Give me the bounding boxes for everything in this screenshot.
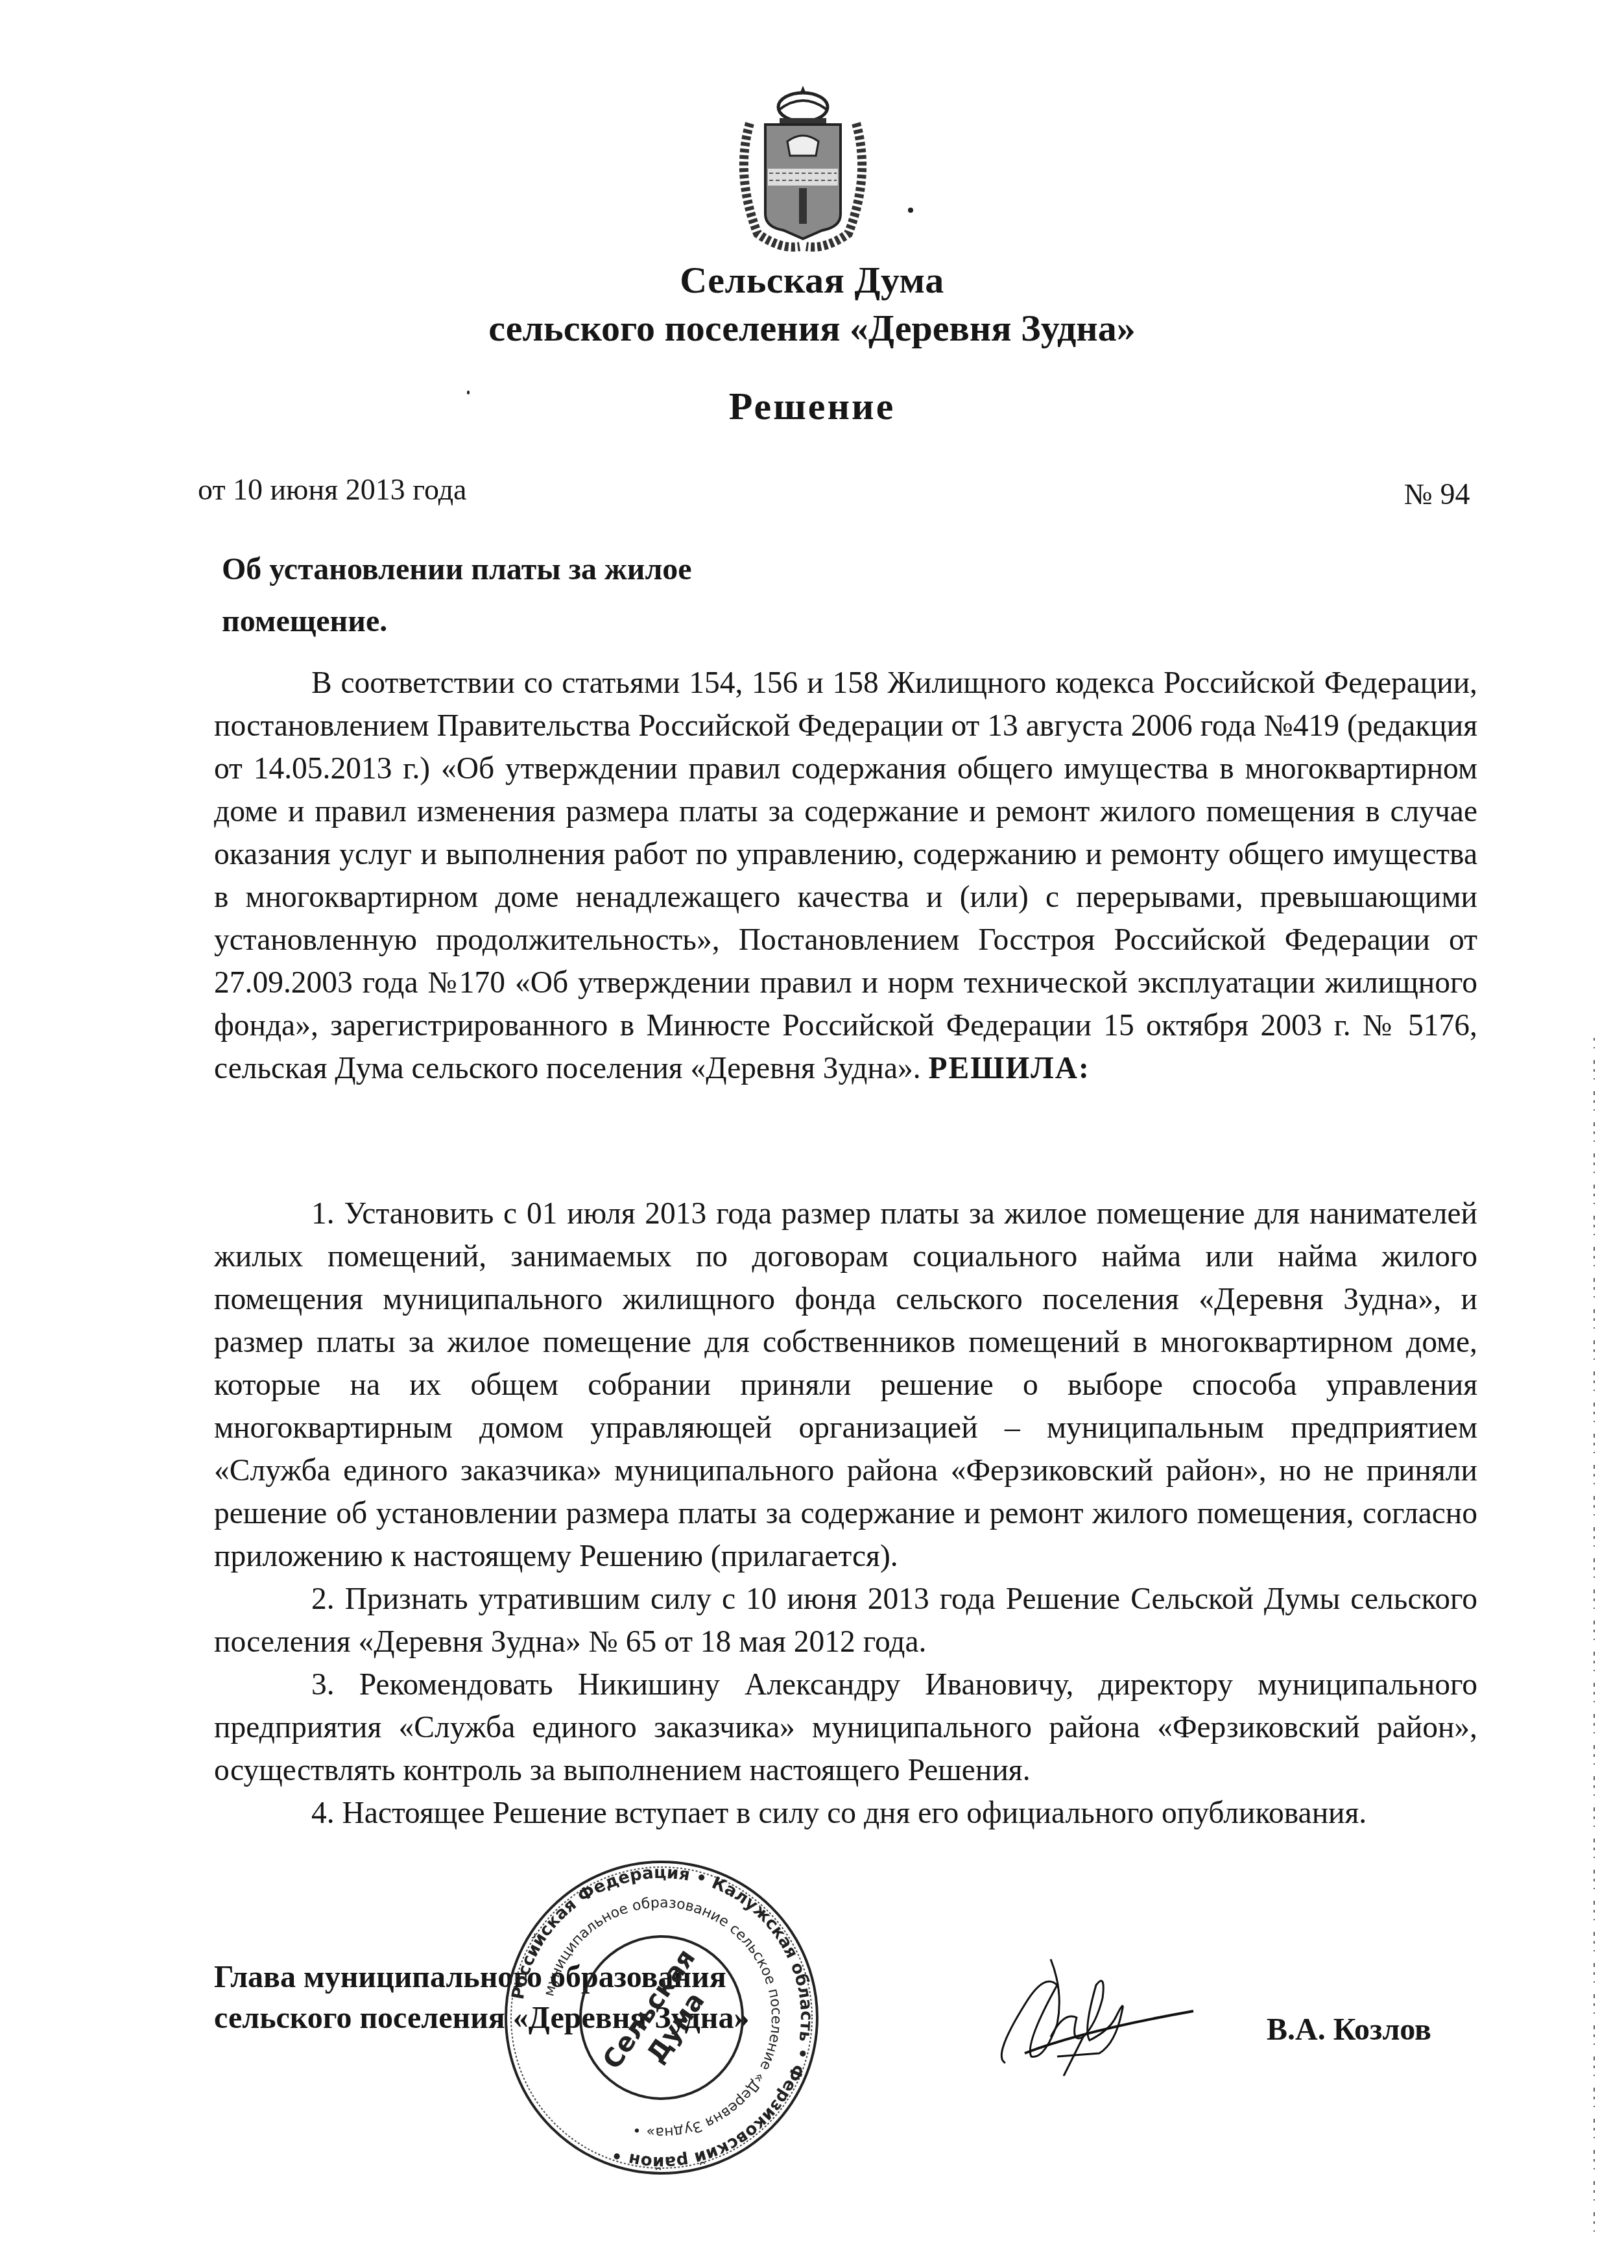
document-date: от 10 июня 2013 года <box>198 472 466 507</box>
council-subtitle: сельского поселения «Деревня Зудна» <box>0 306 1624 350</box>
subject-line-2: помещение. <box>222 596 806 647</box>
council-name: Сельская Дума <box>0 258 1624 302</box>
resolved-keyword: РЕШИЛА: <box>929 1052 1090 1085</box>
svg-text:муниципальное образование сель: муниципальное образование сельское посел… <box>541 1895 784 2140</box>
decision-items: 1. Установить с 01 июля 2013 года размер… <box>214 1192 1477 1835</box>
preamble-paragraph: В соответствии со статьями 154, 156 и 15… <box>214 662 1477 1090</box>
decision-item-1: 1. Установить с 01 июля 2013 года размер… <box>214 1192 1477 1578</box>
decision-item-3: 3. Рекомендовать Никишину Александру Ива… <box>214 1663 1477 1792</box>
scanned-document-page: Сельская Дума сельского поселения «Дерев… <box>0 0 1624 2268</box>
coat-of-arms-icon <box>732 84 874 256</box>
decision-item-2: 2. Признать утратившим силу с 10 июня 20… <box>214 1578 1477 1663</box>
scan-speck <box>908 208 913 213</box>
decision-item-4: 4. Настоящее Решение вступает в силу со … <box>214 1792 1477 1835</box>
document-number: № 94 <box>1404 477 1470 511</box>
handwritten-signature-icon <box>986 1946 1232 2076</box>
preamble-text: В соответствии со статьями 154, 156 и 15… <box>214 666 1477 1085</box>
preamble: В соответствии со статьями 154, 156 и 15… <box>214 662 1477 1090</box>
document-type-heading: Решение <box>0 384 1624 429</box>
signer-name: В.А. Козлов <box>1267 2012 1431 2047</box>
official-stamp-icon: Российская Федерация • Калужская область… <box>499 1855 824 2180</box>
subject-line-1: Об установлении платы за жилое <box>222 544 806 596</box>
document-subject: Об установлении платы за жилое помещение… <box>222 544 806 647</box>
scan-edge-artifact <box>1592 1038 1596 2238</box>
